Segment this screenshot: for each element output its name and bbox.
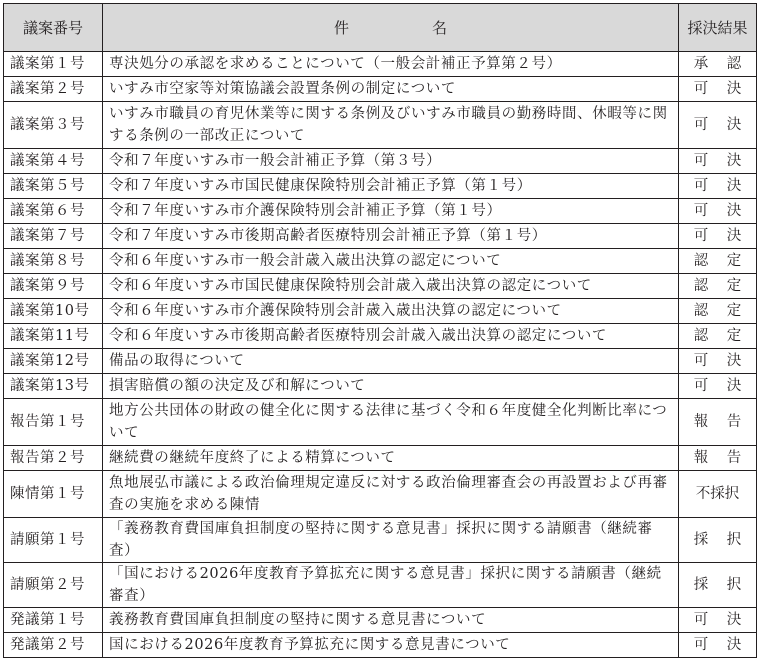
bill-number-cell: 請願第２号 (4, 563, 103, 608)
subject-cell: 令和７年度いすみ市一般会計補正予算（第３号） (103, 149, 679, 174)
table-row: 議案第３号いすみ市職員の育児休業等に関する条例及びいすみ市職員の勤務時間、休暇等… (4, 102, 757, 149)
vote-result-cell: 不採択 (679, 471, 757, 518)
vote-result-cell: 可 決 (679, 224, 757, 249)
table-row: 発議第１号義務教育費国庫負担制度の堅持に関する意見書について可 決 (4, 608, 757, 632)
vote-result-cell: 承 認 (679, 52, 757, 77)
bill-number-cell: 議案第５号 (4, 174, 103, 199)
vote-result-cell: 可 決 (679, 199, 757, 224)
vote-result-cell: 認 定 (679, 299, 757, 324)
bill-number-cell: 議案第３号 (4, 102, 103, 149)
vote-result-cell: 報 告 (679, 399, 757, 446)
bill-number-cell: 議案第２号 (4, 77, 103, 102)
bill-number-cell: 議案第１号 (4, 52, 103, 77)
subject-cell: 令和６年度いすみ市後期高齢者医療特別会計歳入歳出決算の認定について (103, 324, 679, 349)
bill-number-cell: 議案第13号 (4, 374, 103, 399)
table-row: 議案第12号備品の取得について可 決 (4, 349, 757, 374)
subject-cell: 損害賠償の額の決定及び和解について (103, 374, 679, 399)
bill-number-cell: 議案第６号 (4, 199, 103, 224)
table-row: 請願第１号「義務教育費国庫負担制度の堅持に関する意見書」採択に関する請願書（継続… (4, 518, 757, 563)
subject-cell: 「義務教育費国庫負担制度の堅持に関する意見書」採択に関する請願書（継続審査） (103, 518, 679, 563)
table-row: 議案第11号令和６年度いすみ市後期高齢者医療特別会計歳入歳出決算の認定について認… (4, 324, 757, 349)
subject-cell: 専決処分の承認を求めることについて（一般会計補正予算第２号） (103, 52, 679, 77)
header-vote-result: 採決結果 (679, 4, 757, 52)
vote-result-cell: 可 決 (679, 77, 757, 102)
table-row: 議案第10号令和６年度いすみ市介護保険特別会計歳入歳出決算の認定について認 定 (4, 299, 757, 324)
bill-number-cell: 議案第12号 (4, 349, 103, 374)
vote-result-cell: 可 決 (679, 149, 757, 174)
bill-number-cell: 議案第７号 (4, 224, 103, 249)
table-row: 議案第７号令和７年度いすみ市後期高齢者医療特別会計補正予算（第１号）可 決 (4, 224, 757, 249)
subject-cell: 継続費の継続年度終了による精算について (103, 446, 679, 471)
voting-results-table: 議案番号 件 名 採決結果 議案第１号専決処分の承認を求めることについて（一般会… (3, 3, 757, 631)
bill-number-cell: 報告第１号 (4, 399, 103, 446)
subject-cell: 魚地展弘市議による政治倫理規定違反に対する政治倫理審査会の再設置および再審査の実… (103, 471, 679, 518)
table-row: 議案第２号いすみ市空家等対策協議会設置条例の制定について可 決 (4, 77, 757, 102)
vote-result-cell: 認 定 (679, 324, 757, 349)
vote-result-cell: 可 決 (679, 374, 757, 399)
table-row: 報告第１号地方公共団体の財政の健全化に関する法律に基づく令和６年度健全化判断比率… (4, 399, 757, 446)
table-row: 請願第２号「国における2026年度教育予算拡充に関する意見書」採択に関する請願書… (4, 563, 757, 608)
vote-result-cell: 可 決 (679, 102, 757, 149)
vote-result-cell: 採 択 (679, 518, 757, 563)
bill-number-cell: 報告第２号 (4, 446, 103, 471)
bill-number-cell: 議案第10号 (4, 299, 103, 324)
subject-cell: 備品の取得について (103, 349, 679, 374)
vote-result-cell: 報 告 (679, 446, 757, 471)
table-row: 議案第５号令和７年度いすみ市国民健康保険特別会計補正予算（第１号）可 決 (4, 174, 757, 199)
vote-result-cell: 可 決 (679, 349, 757, 374)
bill-number-cell: 議案第４号 (4, 149, 103, 174)
subject-cell: 地方公共団体の財政の健全化に関する法律に基づく令和６年度健全化判断比率について (103, 399, 679, 446)
table-row: 議案第13号損害賠償の額の決定及び和解について可 決 (4, 374, 757, 399)
subject-cell: 令和７年度いすみ市介護保険特別会計補正予算（第１号） (103, 199, 679, 224)
vote-result-cell: 可 決 (679, 174, 757, 199)
subject-cell: 令和６年度いすみ市一般会計歳入歳出決算の認定について (103, 249, 679, 274)
table-row: 議案第４号令和７年度いすみ市一般会計補正予算（第３号）可 決 (4, 149, 757, 174)
header-bill-number: 議案番号 (4, 4, 103, 52)
table-body: 議案第１号専決処分の承認を求めることについて（一般会計補正予算第２号）承 認議案… (4, 52, 757, 632)
bill-number-cell: 議案第８号 (4, 249, 103, 274)
subject-cell: 令和６年度いすみ市国民健康保険特別会計歳入歳出決算の認定について (103, 274, 679, 299)
subject-cell: 令和６年度いすみ市介護保険特別会計歳入歳出決算の認定について (103, 299, 679, 324)
subject-cell: 義務教育費国庫負担制度の堅持に関する意見書について (103, 608, 679, 632)
bill-number-cell: 発議第１号 (4, 608, 103, 632)
table-row: 陳情第１号魚地展弘市議による政治倫理規定違反に対する政治倫理審査会の再設置および… (4, 471, 757, 518)
subject-cell: いすみ市空家等対策協議会設置条例の制定について (103, 77, 679, 102)
table-row: 議案第９号令和６年度いすみ市国民健康保険特別会計歳入歳出決算の認定について認 定 (4, 274, 757, 299)
table-header-row: 議案番号 件 名 採決結果 (4, 4, 757, 52)
header-subject: 件 名 (103, 4, 679, 52)
table-row: 議案第１号専決処分の承認を求めることについて（一般会計補正予算第２号）承 認 (4, 52, 757, 77)
subject-cell: 令和７年度いすみ市国民健康保険特別会計補正予算（第１号） (103, 174, 679, 199)
vote-result-cell: 採 択 (679, 563, 757, 608)
bill-number-cell: 議案第９号 (4, 274, 103, 299)
subject-cell: いすみ市職員の育児休業等に関する条例及びいすみ市職員の勤務時間、休暇等に関する条… (103, 102, 679, 149)
table-row: 議案第８号令和６年度いすみ市一般会計歳入歳出決算の認定について認 定 (4, 249, 757, 274)
vote-result-cell: 認 定 (679, 274, 757, 299)
bill-number-cell: 請願第１号 (4, 518, 103, 563)
subject-cell: 「国における2026年度教育予算拡充に関する意見書」採択に関する請願書（継続審査… (103, 563, 679, 608)
bill-number-cell: 陳情第１号 (4, 471, 103, 518)
subject-cell: 令和７年度いすみ市後期高齢者医療特別会計補正予算（第１号） (103, 224, 679, 249)
bill-number-cell: 議案第11号 (4, 324, 103, 349)
table-row: 議案第６号令和７年度いすみ市介護保険特別会計補正予算（第１号）可 決 (4, 199, 757, 224)
table-row: 報告第２号継続費の継続年度終了による精算について報 告 (4, 446, 757, 471)
vote-result-cell: 可 決 (679, 608, 757, 632)
vote-result-cell: 認 定 (679, 249, 757, 274)
results-table-container: 議案番号 件 名 採決結果 議案第１号専決処分の承認を求めることについて（一般会… (3, 3, 757, 631)
